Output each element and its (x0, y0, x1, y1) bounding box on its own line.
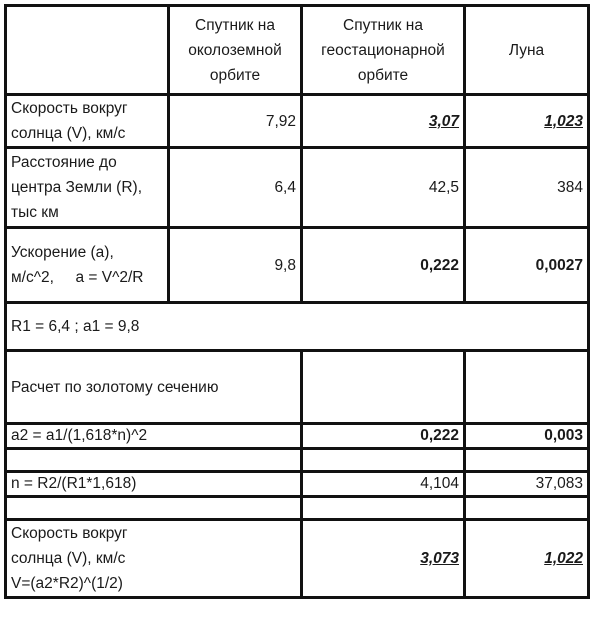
header-row: Спутник на околоземной орбите Спутник на… (6, 6, 589, 95)
value-moon: 0,003 (465, 424, 589, 449)
value-leo: 7,92 (169, 95, 302, 148)
value-moon: 1,023 (465, 95, 589, 148)
header-empty-cell (6, 6, 169, 95)
row-label-line: Ускорение (а), (11, 240, 163, 265)
row-label: Скорость вокруг солнца (V), км/с V=(а2*R… (6, 520, 302, 598)
header-moon: Луна (465, 6, 589, 95)
table-row-r1-note: R1 = 6,4 ; а1 = 9,8 (6, 303, 589, 351)
value-geo: 0,222 (302, 424, 465, 449)
value-geo: 3,073 (302, 520, 465, 598)
value-moon (465, 351, 589, 424)
value-moon: 1,022 (465, 520, 589, 598)
row-label (6, 449, 302, 472)
row-label-formula: м/с^2, а = V^2/R (11, 265, 163, 290)
row-label: Расчет по золотому сечению (6, 351, 302, 424)
value-geo: 3,07 (302, 95, 465, 148)
data-table: Спутник на околоземной орбите Спутник на… (4, 4, 590, 599)
row-label-formula: V=(а2*R2)^(1/2) (11, 571, 296, 596)
value-geo (302, 449, 465, 472)
row-label (6, 497, 302, 520)
value-moon (465, 449, 589, 472)
header-geo-satellite: Спутник на геостационарной орбите (302, 6, 465, 95)
header-leo-satellite: Спутник на околоземной орбите (169, 6, 302, 95)
value-geo: 42,5 (302, 148, 465, 228)
value-leo: 6,4 (169, 148, 302, 228)
value-moon (465, 497, 589, 520)
r1-note: R1 = 6,4 ; а1 = 9,8 (6, 303, 589, 351)
table-row-radius: Расстояние до центра Земли (R), тыс км 6… (6, 148, 589, 228)
row-label-line: солнца (V), км/с (11, 546, 296, 571)
table-row-velocity-calculated: Скорость вокруг солнца (V), км/с V=(а2*R… (6, 520, 589, 598)
row-label: n = R2/(R1*1,618) (6, 472, 302, 497)
value-moon: 37,083 (465, 472, 589, 497)
row-label: Расстояние до центра Земли (R), тыс км (6, 148, 169, 228)
value-geo: 4,104 (302, 472, 465, 497)
table-row-n: n = R2/(R1*1,618) 4,104 37,083 (6, 472, 589, 497)
value-leo: 9,8 (169, 228, 302, 303)
table-row-acceleration: Ускорение (а), м/с^2, а = V^2/R 9,8 0,22… (6, 228, 589, 303)
row-label: Скорость вокруг солнца (V), км/с (6, 95, 169, 148)
row-label: Ускорение (а), м/с^2, а = V^2/R (6, 228, 169, 303)
value-geo (302, 351, 465, 424)
value-moon: 0,0027 (465, 228, 589, 303)
row-label: а2 = а1/(1,618*n)^2 (6, 424, 302, 449)
table-row-blank (6, 497, 589, 520)
table-row-velocity: Скорость вокруг солнца (V), км/с 7,92 3,… (6, 95, 589, 148)
table-row-a2: а2 = а1/(1,618*n)^2 0,222 0,003 (6, 424, 589, 449)
value-geo: 0,222 (302, 228, 465, 303)
table-row-golden-section: Расчет по золотому сечению (6, 351, 589, 424)
row-label-line: Скорость вокруг (11, 521, 296, 546)
value-moon: 384 (465, 148, 589, 228)
table-row-blank (6, 449, 589, 472)
value-geo (302, 497, 465, 520)
